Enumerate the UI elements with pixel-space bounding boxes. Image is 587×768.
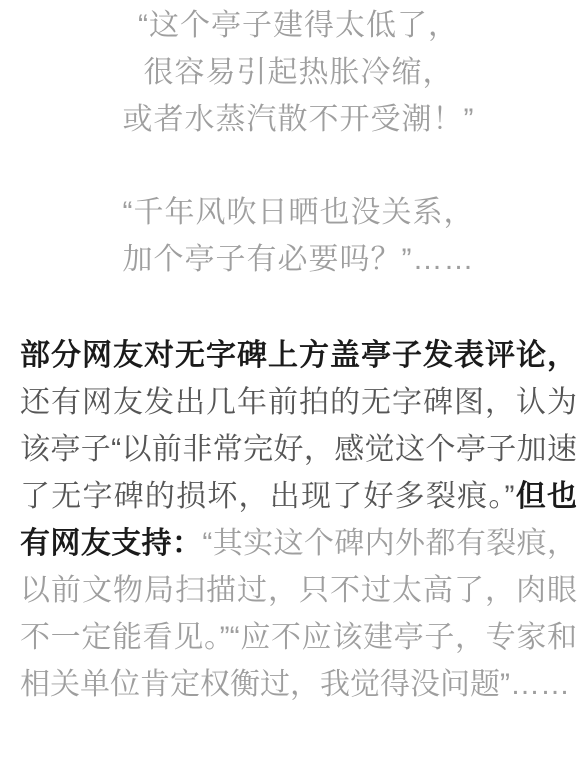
netizen-quotes-section: “这个亭子建得太低了， 很容易引起热胀冷缩， 或者水蒸汽散不开受潮！” “千年风… [20,2,577,283]
quote-line: “这个亭子建得太低了， [20,2,577,49]
article-page: “这个亭子建得太低了， 很容易引起热胀冷缩， 或者水蒸汽散不开受潮！” “千年风… [0,0,587,768]
commentary-paragraph: 部分网友对无字碑上方盖亭子发表评论，还有网友发出几年前拍的无字碑图，认为该亭子“… [20,332,577,708]
quote-paragraph-2: “千年风吹日晒也没关系， 加个亭子有必要吗？”…… [20,189,577,283]
quote-paragraph-1: “这个亭子建得太低了， 很容易引起热胀冷缩， 或者水蒸汽散不开受潮！” [20,2,577,143]
quote-line: 或者水蒸汽散不开受潮！” [20,96,577,143]
quote-line: 很容易引起热胀冷缩， [20,49,577,96]
narration-text: 还有网友发出几年前拍的无字碑图，认为该亭子“以前非常完好，感觉这个亭子加速了无字… [20,386,577,513]
quote-line: 加个亭子有必要吗？”…… [20,236,577,283]
quote-line: “千年风吹日晒也没关系， [20,189,577,236]
emphasis-text-lead: 部分网友对无字碑上方盖亭子发表评论， [20,339,577,372]
